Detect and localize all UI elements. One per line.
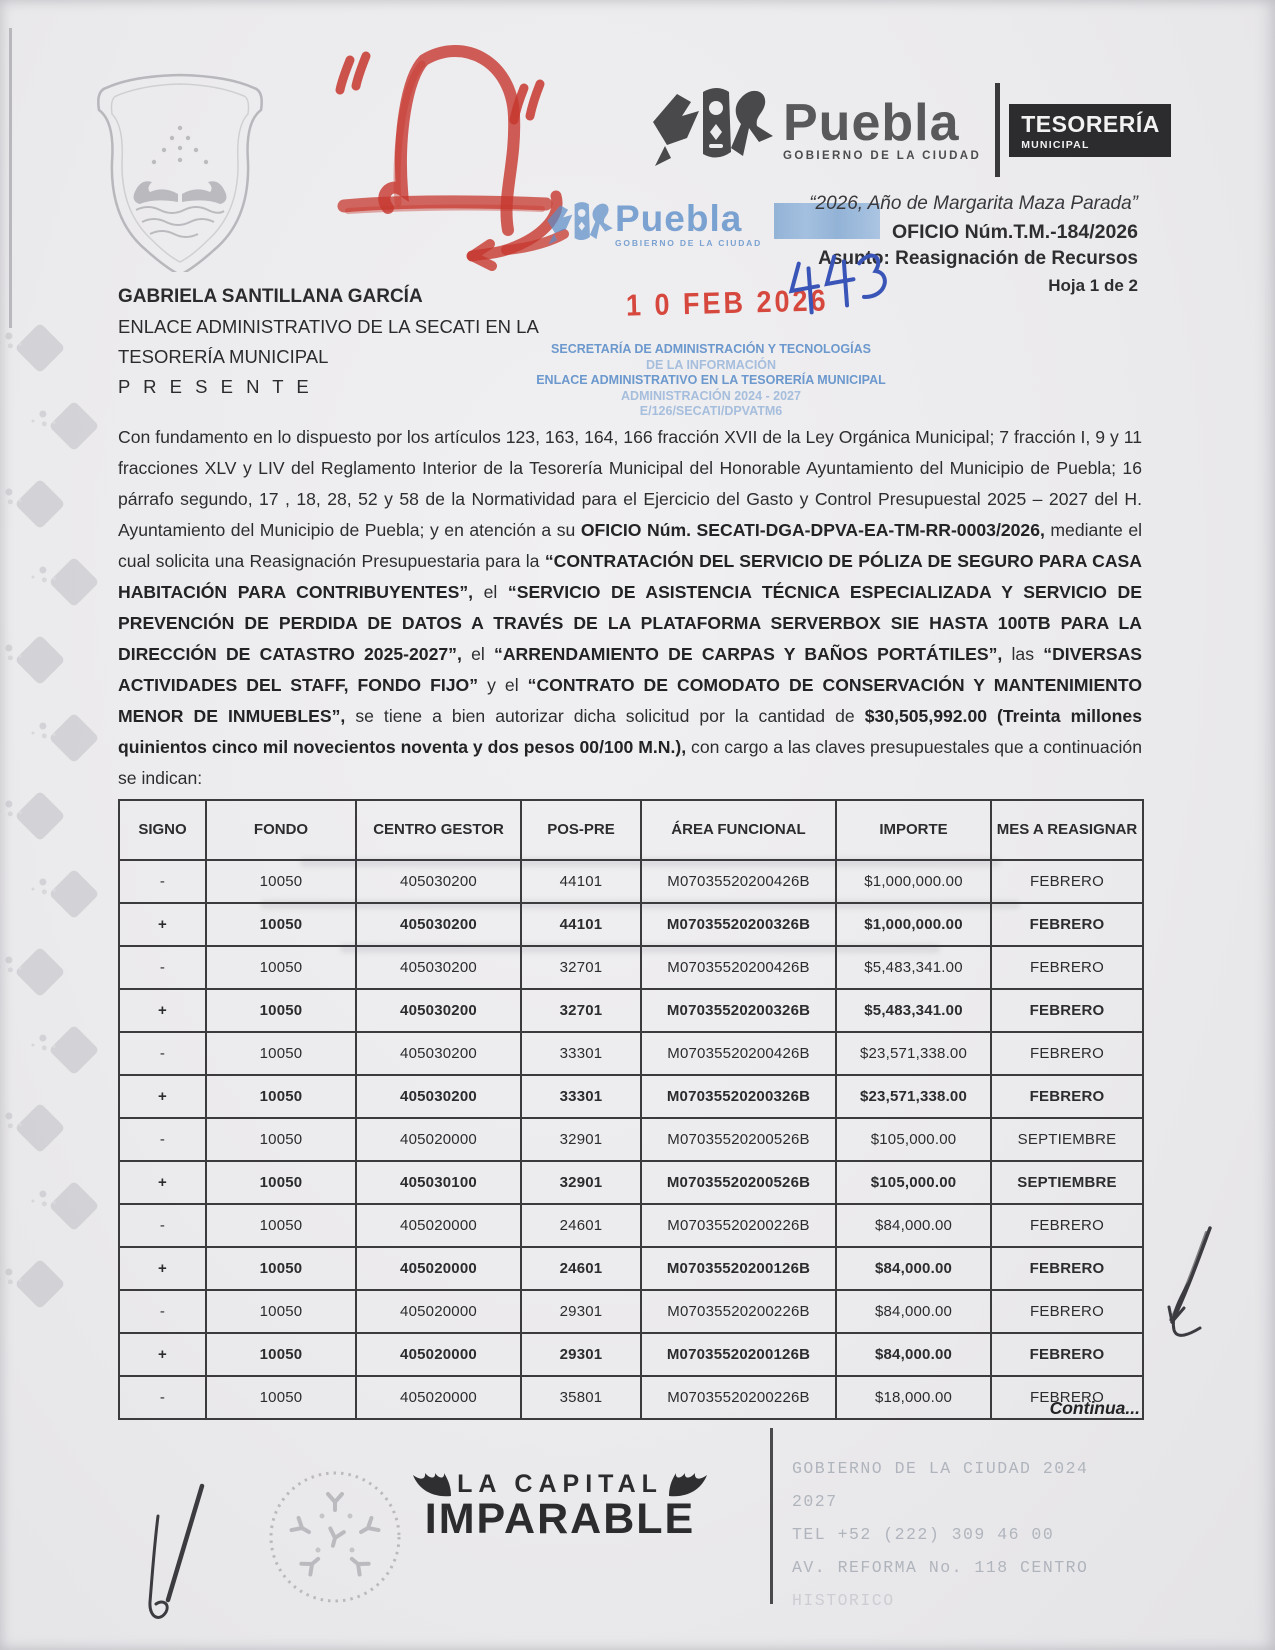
table-cell-mes: FEBRERO <box>991 1204 1143 1247</box>
table-cell-centro: 405020000 <box>356 1247 521 1290</box>
col-header-pos-pre: POS-PRE <box>521 800 641 860</box>
address-line: AV. REFORMA No. 118 CENTRO <box>792 1551 1088 1584</box>
table-cell-importe: $84,000.00 <box>836 1290 991 1333</box>
table-cell-fondo: 10050 <box>206 1333 356 1376</box>
table-cell-centro: 405030200 <box>356 946 521 989</box>
table-row: +1005040503020033301M07035520200326B$23,… <box>119 1075 1143 1118</box>
table-cell-pospre: 32901 <box>521 1118 641 1161</box>
table-cell-sign: - <box>119 1118 206 1161</box>
capital-imparable-logo: LA CAPITAL IMPARABLE <box>388 1470 732 1544</box>
table-cell-pospre: 24601 <box>521 1204 641 1247</box>
talavera-diamond <box>15 947 66 998</box>
table-cell-area: M07035520200326B <box>641 1075 836 1118</box>
body-seg: el <box>462 644 494 664</box>
table-cell-fondo: 10050 <box>206 989 356 1032</box>
imparable-text: IMPARABLE <box>388 1495 732 1544</box>
talavera-diamond <box>49 1181 100 1232</box>
table-cell-sign: - <box>119 860 206 903</box>
table-cell-importe: $1,000,000.00 <box>836 860 991 903</box>
table-cell-area: M07035520200126B <box>641 1333 836 1376</box>
table-cell-centro: 405020000 <box>356 1376 521 1419</box>
tesoreria-badge: TESORERÍA MUNICIPAL <box>1009 104 1171 157</box>
table-cell-mes: FEBRERO <box>991 1247 1143 1290</box>
recipient-line2: ENLACE ADMINISTRATIVO DE LA SECATI EN LA <box>118 312 539 342</box>
table-cell-importe: $5,483,341.00 <box>836 946 991 989</box>
table-cell-centro: 405020000 <box>356 1204 521 1247</box>
table-cell-centro: 405030200 <box>356 989 521 1032</box>
table-row: +1005040503020044101M07035520200326B$1,0… <box>119 903 1143 946</box>
table-cell-pospre: 33301 <box>521 1032 641 1075</box>
table-cell-mes: FEBRERO <box>991 946 1143 989</box>
table-cell-importe: $1,000,000.00 <box>836 903 991 946</box>
margin-pattern <box>16 330 112 1350</box>
col-header-centro-gestor: CENTRO GESTOR <box>356 800 521 860</box>
address-line: TEL +52 (222) 309 46 00 <box>792 1518 1088 1551</box>
col-header-importe: IMPORTE <box>836 800 991 860</box>
continua-label: Continua... <box>840 1398 1140 1419</box>
stamp-line1: SECRETARÍA DE ADMINISTRACIÓN Y TECNOLOGÍ… <box>536 342 886 358</box>
table-row: +1005040503010032901M07035520200526B$105… <box>119 1161 1143 1204</box>
wing-icon <box>411 1472 451 1498</box>
table-cell-area: M07035520200326B <box>641 989 836 1032</box>
col-header-mes-a-reasignar: MES A REASIGNAR <box>991 800 1143 860</box>
table-cell-fondo: 10050 <box>206 903 356 946</box>
table-cell-sign: + <box>119 1161 206 1204</box>
table-cell-sign: - <box>119 946 206 989</box>
footer-divider <box>770 1428 773 1604</box>
table-row: +1005040502000029301M07035520200126B$84,… <box>119 1333 1143 1376</box>
body-seg-bold: “ARRENDAMIENTO DE CARPAS Y BAÑOS PORTÁTI… <box>494 644 1002 664</box>
puebla-sub-text: GOBIERNO DE LA CIUDAD <box>783 150 981 162</box>
table-cell-fondo: 10050 <box>206 946 356 989</box>
table-header-row: SIGNO FONDO CENTRO GESTOR POS-PRE ÁREA F… <box>119 800 1143 860</box>
logo-divider-bar <box>995 83 1000 177</box>
table-body: -1005040503020044101M07035520200426B$1,0… <box>119 860 1143 1419</box>
table-cell-sign: + <box>119 903 206 946</box>
table-cell-area: M07035520200126B <box>641 1247 836 1290</box>
body-seg-bold: OFICIO Núm. SECATI-DGA-DPVA-EA-TM-RR-000… <box>581 520 1045 540</box>
table-cell-mes: SEPTIEMBRE <box>991 1161 1143 1204</box>
handwritten-folio-number <box>786 252 896 316</box>
stamp-line5: E/126/SECATI/DPVATM6 <box>536 404 886 420</box>
table-row: +1005040503020032701M07035520200326B$5,4… <box>119 989 1143 1032</box>
table-cell-importe: $84,000.00 <box>836 1204 991 1247</box>
table-cell-fondo: 10050 <box>206 860 356 903</box>
table-cell-centro: 405030200 <box>356 1032 521 1075</box>
recipient-block: GABRIELA SANTILLANA GARCÍA ENLACE ADMINI… <box>118 282 539 402</box>
table-row: -1005040503020044101M07035520200426B$1,0… <box>119 860 1143 903</box>
stamp-line4: ADMINISTRACIÓN 2024 - 2027 <box>536 389 886 405</box>
table-cell-centro: 405030200 <box>356 1075 521 1118</box>
table-cell-pospre: 32901 <box>521 1161 641 1204</box>
table-cell-centro: 405030100 <box>356 1161 521 1204</box>
table-cell-centro: 405020000 <box>356 1290 521 1333</box>
table-row: +1005040502000024601M07035520200126B$84,… <box>119 1247 1143 1290</box>
col-header-area-funcional: ÁREA FUNCIONAL <box>641 800 836 860</box>
table-cell-fondo: 10050 <box>206 1118 356 1161</box>
table-row: -1005040502000024601M07035520200226B$84,… <box>119 1204 1143 1247</box>
table-cell-importe: $84,000.00 <box>836 1247 991 1290</box>
puebla-logo: Puebla GOBIERNO DE LA CIUDAD TESORERÍA M… <box>645 82 1171 178</box>
col-header-signo: SIGNO <box>119 800 206 860</box>
table-cell-importe: $5,483,341.00 <box>836 989 991 1032</box>
table-cell-mes: FEBRERO <box>991 860 1143 903</box>
table-cell-fondo: 10050 <box>206 1290 356 1333</box>
talavera-diamond <box>49 713 100 764</box>
table-cell-mes: FEBRERO <box>991 1075 1143 1118</box>
table-cell-pospre: 24601 <box>521 1247 641 1290</box>
table-cell-pospre: 32701 <box>521 946 641 989</box>
table-cell-importe: $105,000.00 <box>836 1118 991 1161</box>
table-cell-area: M07035520200526B <box>641 1161 836 1204</box>
table-row: -1005040503020033301M07035520200426B$23,… <box>119 1032 1143 1075</box>
table-cell-pospre: 32701 <box>521 989 641 1032</box>
talavera-diamond <box>15 635 66 686</box>
table-cell-area: M07035520200226B <box>641 1204 836 1247</box>
table-cell-centro: 405030200 <box>356 903 521 946</box>
table-cell-area: M07035520200426B <box>641 860 836 903</box>
talavera-diamond <box>49 869 100 920</box>
scan-edge-line <box>9 28 12 328</box>
pencil-signature-mark <box>118 1478 230 1634</box>
table-row: -1005040502000029301M07035520200226B$84,… <box>119 1290 1143 1333</box>
badge-line1: TESORERÍA <box>1021 111 1159 138</box>
table-cell-fondo: 10050 <box>206 1161 356 1204</box>
table-cell-sign: + <box>119 989 206 1032</box>
table-cell-mes: FEBRERO <box>991 1333 1143 1376</box>
table-cell-fondo: 10050 <box>206 1247 356 1290</box>
table-cell-mes: FEBRERO <box>991 1032 1143 1075</box>
table-cell-pospre: 29301 <box>521 1333 641 1376</box>
table-cell-centro: 405020000 <box>356 1118 521 1161</box>
pencil-checkmark <box>1138 1222 1224 1358</box>
stamp-line3: ENLACE ADMINISTRATIVO EN LA TESORERÍA MU… <box>536 373 886 389</box>
address-line: HISTORICO <box>792 1584 1088 1617</box>
footer-address: GOBIERNO DE LA CIUDAD 2024 2027 TEL +52 … <box>792 1452 1088 1617</box>
talavera-diamond <box>49 401 100 452</box>
table-cell-fondo: 10050 <box>206 1204 356 1247</box>
table-cell-sign: - <box>119 1376 206 1419</box>
talavera-diamond <box>15 1259 66 1310</box>
table-cell-importe: $84,000.00 <box>836 1333 991 1376</box>
puebla-brand-text: Puebla <box>783 99 981 147</box>
table-cell-pospre: 44101 <box>521 903 641 946</box>
table-cell-importe: $23,571,338.00 <box>836 1075 991 1118</box>
table-cell-fondo: 10050 <box>206 1032 356 1075</box>
reassignment-table: SIGNO FONDO CENTRO GESTOR POS-PRE ÁREA F… <box>118 799 1144 1420</box>
table-cell-importe: $23,571,338.00 <box>836 1032 991 1075</box>
body-seg: el <box>473 582 508 602</box>
talavera-diamond <box>49 1025 100 1076</box>
col-header-fondo: FONDO <box>206 800 356 860</box>
document-page: Puebla GOBIERNO DE LA CIUDAD TESORERÍA M… <box>0 0 1275 1650</box>
table-cell-area: M07035520200226B <box>641 1376 836 1419</box>
table-cell-sign: - <box>119 1204 206 1247</box>
table-cell-importe: $105,000.00 <box>836 1161 991 1204</box>
talavera-diamond <box>49 557 100 608</box>
body-paragraph: Con fundamento en lo dispuesto por los a… <box>118 422 1142 794</box>
table-cell-area: M07035520200226B <box>641 1290 836 1333</box>
table-cell-pospre: 44101 <box>521 860 641 903</box>
table-cell-centro: 405030200 <box>356 860 521 903</box>
table-cell-sign: + <box>119 1247 206 1290</box>
puebla-wordmark: Puebla GOBIERNO DE LA CIUDAD <box>783 99 981 162</box>
talavera-diamond <box>15 479 66 530</box>
table-cell-sign: + <box>119 1333 206 1376</box>
table-cell-fondo: 10050 <box>206 1075 356 1118</box>
table-cell-area: M07035520200426B <box>641 946 836 989</box>
body-seg: las <box>1002 644 1043 664</box>
talavera-diamond <box>15 1103 66 1154</box>
table-cell-area: M07035520200326B <box>641 903 836 946</box>
stamp-line2: DE LA INFORMACIÓN <box>536 358 886 374</box>
table-cell-area: M07035520200426B <box>641 1032 836 1075</box>
year-legend: “2026, Año de Margarita Maza Parada” <box>540 193 1138 215</box>
blue-office-stamp: SECRETARÍA DE ADMINISTRACIÓN Y TECNOLOGÍ… <box>536 342 886 420</box>
table-cell-mes: SEPTIEMBRE <box>991 1118 1143 1161</box>
recipient-name: GABRIELA SANTILLANA GARCÍA <box>118 282 539 312</box>
table-cell-sign: - <box>119 1290 206 1333</box>
talavera-diamond <box>15 323 66 374</box>
oficio-number: OFICIO Núm.T.M.-184/2026 <box>540 221 1138 244</box>
table-cell-centro: 405020000 <box>356 1333 521 1376</box>
table-row: -1005040503020032701M07035520200426B$5,4… <box>119 946 1143 989</box>
body-seg: se tiene a bien autorizar dicha solicitu… <box>345 706 864 726</box>
recipient-line3: TESORERÍA MUNICIPAL <box>118 342 539 372</box>
table-cell-mes: FEBRERO <box>991 903 1143 946</box>
table-cell-mes: FEBRERO <box>991 989 1143 1032</box>
table-row: -1005040502000032901M07035520200526B$105… <box>119 1118 1143 1161</box>
body-seg: y el <box>478 675 528 695</box>
table-cell-pospre: 29301 <box>521 1290 641 1333</box>
table-cell-sign: + <box>119 1075 206 1118</box>
table-cell-sign: - <box>119 1032 206 1075</box>
coat-of-arms-seal <box>92 70 268 272</box>
address-line: 2027 <box>792 1485 1088 1518</box>
badge-line2: MUNICIPAL <box>1021 139 1159 151</box>
table-cell-pospre: 35801 <box>521 1376 641 1419</box>
talavera-diamond <box>15 791 66 842</box>
table-cell-fondo: 10050 <box>206 1376 356 1419</box>
table-cell-area: M07035520200526B <box>641 1118 836 1161</box>
table-cell-mes: FEBRERO <box>991 1290 1143 1333</box>
puebla-logo-icon <box>645 82 777 178</box>
wing-icon <box>669 1472 709 1498</box>
address-line: GOBIERNO DE LA CIUDAD 2024 <box>792 1452 1088 1485</box>
table-cell-pospre: 33301 <box>521 1075 641 1118</box>
recipient-presente: P R E S E N T E <box>118 372 539 402</box>
